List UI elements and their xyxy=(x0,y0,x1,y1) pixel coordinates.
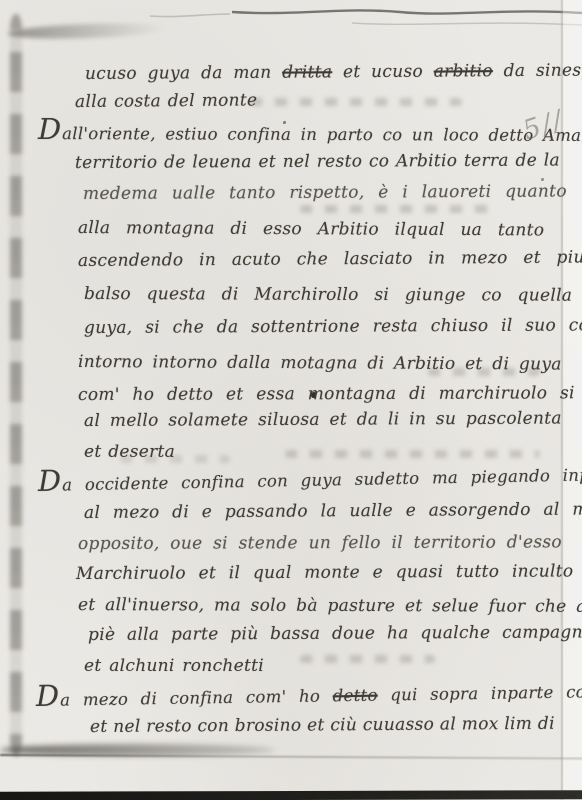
manuscript-line: opposito, oue si stende un fello il terr… xyxy=(78,532,562,554)
manuscript-line: alla montagna di esso Arbitio ilqual ua … xyxy=(78,218,544,240)
manuscript-line: ascendendo in acuto che lasciato in mezo… xyxy=(78,247,582,271)
handwritten-text-segment: et ucuso xyxy=(332,62,434,83)
manuscript-line: Marchiruolo et il qual monte e quasi tut… xyxy=(76,561,573,584)
handwritten-text-segment: balso questa di Marchirollo si giunge co… xyxy=(84,284,582,306)
handwritten-text-segment: al mezo di e passando la ualle e assorge… xyxy=(84,499,582,523)
handwritten-text-segment: alla costa del monte xyxy=(75,90,258,112)
manuscript-line: intorno intorno dalla motagna di Arbitio… xyxy=(78,352,562,375)
scanned-page: ucuso guya da man dritta et ucuso arbiti… xyxy=(0,0,582,800)
handwritten-text-segment: alla montagna di esso Arbitio ilqual ua … xyxy=(78,218,544,240)
manuscript-line: al mello solamete siluosa et da li in su… xyxy=(84,408,562,431)
manuscript-line: et nel resto con brosino et ciù cuuasso … xyxy=(90,714,555,737)
handwritten-text-segment: Marchiruolo et il qual monte e quasi tut… xyxy=(76,561,573,584)
manuscript-line: Da mezo di confina com' ho detto qui sop… xyxy=(36,677,582,710)
struck-through-word: arbitio xyxy=(434,61,493,81)
handwritten-text-segment: ucuso guya da man xyxy=(85,63,282,84)
handwritten-text-segment: territorio de leuena et nel resto co Arb… xyxy=(75,150,560,173)
handwritten-text-segment: intorno intorno dalla motagna di Arbitio… xyxy=(78,352,562,375)
handwritten-text-segment: et alchuni ronchetti xyxy=(84,656,264,676)
handwritten-text-segment: et nel resto con brosino et ciù cuuasso … xyxy=(90,714,555,737)
manuscript-text-layer: ucuso guya da man dritta et ucuso arbiti… xyxy=(0,0,582,800)
handwritten-text-segment: et deserta xyxy=(84,442,175,462)
manuscript-line: medema ualle tanto rispetto, è i lauoret… xyxy=(83,181,567,204)
handwritten-text-segment: opposito, oue si stende un fello il terr… xyxy=(78,532,562,554)
handwritten-text-segment: da sinestra xyxy=(493,60,582,81)
handwritten-text-segment: piè alla parte più bassa doue ha qualche… xyxy=(88,622,582,645)
struck-through-word: dritta xyxy=(282,62,332,82)
manuscript-line: balso questa di Marchirollo si giunge co… xyxy=(84,284,582,306)
manuscript-line: com' ho detto et essa montagna di marchi… xyxy=(78,383,582,405)
manuscript-line: et all'inuerso, ma solo bà pasture et se… xyxy=(78,595,582,617)
manuscript-line: territorio de leuena et nel resto co Arb… xyxy=(75,150,560,173)
manuscript-line: ucuso guya da man dritta et ucuso arbiti… xyxy=(85,60,582,84)
handwritten-text-segment: ascendendo in acuto che lasciato in mezo… xyxy=(78,247,582,271)
manuscript-line: guya, si che da sottentrione resta chius… xyxy=(84,315,582,338)
handwritten-text-segment: Da occidente confina con guya sudetto ma… xyxy=(38,465,582,495)
handwritten-text-segment: com' ho detto et essa montagna di marchi… xyxy=(78,383,582,405)
manuscript-line: piè alla parte più bassa doue ha qualche… xyxy=(88,622,582,645)
manuscript-line: al mezo di e passando la ualle e assorge… xyxy=(84,499,582,523)
manuscript-line: Dall'oriente, estiuo confina in parto co… xyxy=(38,119,582,145)
manuscript-line: et alchuni ronchetti xyxy=(84,656,264,676)
handwritten-text-segment: medema ualle tanto rispetto, è i lauoret… xyxy=(83,181,567,204)
struck-through-word: detto xyxy=(333,686,378,706)
manuscript-line: Da occidente confina con guya sudetto ma… xyxy=(38,460,582,495)
handwritten-text-segment: et all'inuerso, ma solo bà pasture et se… xyxy=(78,595,582,617)
handwritten-text-segment: Da mezo di confina com' ho xyxy=(36,686,333,710)
handwritten-text-segment: al mello solamete siluosa et da li in su… xyxy=(84,408,562,431)
handwritten-text-segment: Dall'oriente, estiuo confina in parto co… xyxy=(38,124,582,145)
handwritten-text-segment: guya, si che da sottentrione resta chius… xyxy=(84,315,582,338)
manuscript-line: et deserta xyxy=(84,442,175,462)
handwritten-text-segment: qui sopra inparte co guya xyxy=(378,682,582,705)
manuscript-line: alla costa del monte xyxy=(75,90,258,112)
